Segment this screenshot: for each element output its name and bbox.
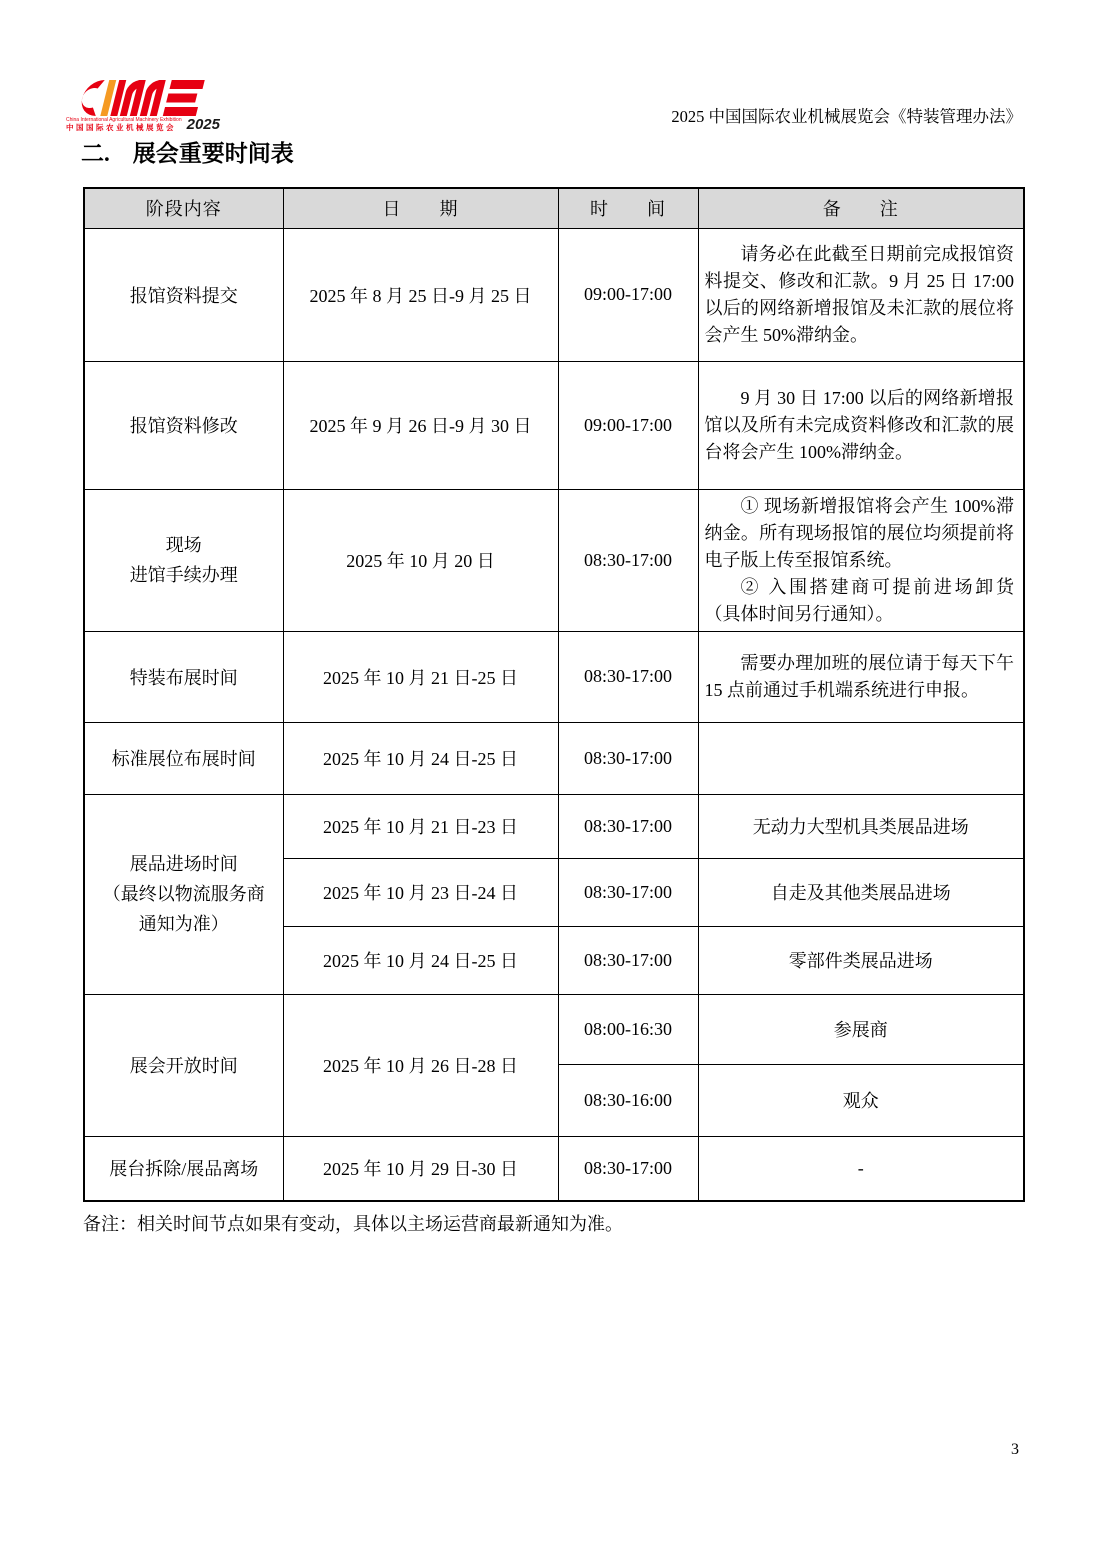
cell-date: 2025 年 10 月 24 日-25 日 — [283, 722, 558, 794]
doc-title: 2025 中国国际农业机械展览会《特装管理办法》 — [671, 103, 1022, 127]
cell-date: 2025 年 10 月 26 日-28 日 — [283, 994, 558, 1136]
cell-time: 08:30-17:00 — [558, 631, 698, 722]
cell-note: 观众 — [698, 1064, 1024, 1136]
table-row: 标准展位布展时间 2025 年 10 月 24 日-25 日 08:30-17:… — [84, 722, 1024, 794]
logo-year: 2025 — [187, 118, 220, 132]
cell-time: 08:30-17:00 — [558, 1136, 698, 1201]
cell-note: ① 现场新增报馆将会产生 100%滞纳金。所有现场报馆的展位均须提前将电子版上传… — [698, 489, 1024, 631]
cell-date: 2025 年 10 月 24 日-25 日 — [283, 926, 558, 994]
table-row: 展会开放时间 2025 年 10 月 26 日-28 日 08:00-16:30… — [84, 994, 1024, 1064]
section-title: 二. 展会重要时间表 — [81, 135, 294, 168]
cell-stage: 现场 进馆手续办理 — [84, 489, 283, 631]
cell-note: 需要办理加班的展位请于每天下午 15 点前通过手机端系统进行申报。 — [698, 631, 1024, 722]
header-stage: 阶段内容 — [84, 188, 283, 228]
cell-time: 09:00-17:00 — [558, 361, 698, 489]
note-paragraph: 请务必在此截至日期前完成报馆资料提交、修改和汇款。9 月 25 日 17:00 … — [705, 241, 1015, 349]
cell-note: 零部件类展品进场 — [698, 926, 1024, 994]
footnote: 备注：相关时间节点如果有变动，具体以主场运营商最新通知为准。 — [83, 1210, 623, 1236]
note-paragraph: 9 月 30 日 17:00 以后的网络新增报馆以及所有未完成资料修改和汇款的展… — [705, 385, 1015, 466]
header-time: 时 间 — [558, 188, 698, 228]
cell-stage: 报馆资料提交 — [84, 228, 283, 361]
table-row: 报馆资料修改 2025 年 9 月 26 日-9 月 30 日 09:00-17… — [84, 361, 1024, 489]
cell-note: 9 月 30 日 17:00 以后的网络新增报馆以及所有未完成资料修改和汇款的展… — [698, 361, 1024, 489]
cell-stage: 标准展位布展时间 — [84, 722, 283, 794]
table-row: 特装布展时间 2025 年 10 月 21 日-25 日 08:30-17:00… — [84, 631, 1024, 722]
note-paragraph: ① 现场新增报馆将会产生 100%滞纳金。所有现场报馆的展位均须提前将电子版上传… — [705, 493, 1015, 574]
header-note: 备 注 — [698, 188, 1024, 228]
cell-time: 09:00-17:00 — [558, 228, 698, 361]
table-row: 现场 进馆手续办理 2025 年 10 月 20 日 08:30-17:00 ①… — [84, 489, 1024, 631]
table-row: 展台拆除/展品离场 2025 年 10 月 29 日-30 日 08:30-17… — [84, 1136, 1024, 1201]
cell-date: 2025 年 10 月 29 日-30 日 — [283, 1136, 558, 1201]
schedule-table: 阶段内容 日 期 时 间 备 注 报馆资料提交 2025 年 8 月 25 日-… — [83, 187, 1025, 1202]
cell-note: 参展商 — [698, 994, 1024, 1064]
cell-date: 2025 年 10 月 23 日-24 日 — [283, 858, 558, 926]
cell-stage: 报馆资料修改 — [84, 361, 283, 489]
cell-date: 2025 年 10 月 20 日 — [283, 489, 558, 631]
cell-stage: 展品进场时间 （最终以物流服务商 通知为准） — [84, 794, 283, 994]
cell-note — [698, 722, 1024, 794]
cell-note: 无动力大型机具类展品进场 — [698, 794, 1024, 858]
cell-time: 08:30-17:00 — [558, 489, 698, 631]
page-number: 3 — [1011, 1441, 1019, 1459]
cell-date: 2025 年 10 月 21 日-23 日 — [283, 794, 558, 858]
table-header-row: 阶段内容 日 期 时 间 备 注 — [84, 188, 1024, 228]
document-page: { "colors": { "brand_red": "#e60012", "b… — [0, 0, 1102, 1559]
cell-note: 自走及其他类展品进场 — [698, 858, 1024, 926]
cell-note: - — [698, 1136, 1024, 1201]
cell-stage: 特装布展时间 — [84, 631, 283, 722]
table-row: 报馆资料提交 2025 年 8 月 25 日-9 月 25 日 09:00-17… — [84, 228, 1024, 361]
cell-time: 08:00-16:30 — [558, 994, 698, 1064]
cell-time: 08:30-17:00 — [558, 926, 698, 994]
note-paragraph: 需要办理加班的展位请于每天下午 15 点前通过手机端系统进行申报。 — [705, 650, 1015, 704]
note-paragraph: ② 入围搭建商可提前进场卸货（具体时间另行通知）。 — [705, 574, 1015, 628]
header-date: 日 期 — [283, 188, 558, 228]
cell-date: 2025 年 9 月 26 日-9 月 30 日 — [283, 361, 558, 489]
cell-date: 2025 年 10 月 21 日-25 日 — [283, 631, 558, 722]
came-logo-icon — [66, 74, 216, 120]
table-row: 展品进场时间 （最终以物流服务商 通知为准） 2025 年 10 月 21 日-… — [84, 794, 1024, 858]
logo-tagline-cn: 中国国际农业机械展览会 — [66, 124, 182, 132]
cell-date: 2025 年 8 月 25 日-9 月 25 日 — [283, 228, 558, 361]
cell-stage: 展会开放时间 — [84, 994, 283, 1136]
cell-time: 08:30-17:00 — [558, 794, 698, 858]
cell-time: 08:30-17:00 — [558, 858, 698, 926]
came-logo: China International Agricultural Machine… — [66, 74, 226, 132]
cell-stage: 展台拆除/展品离场 — [84, 1136, 283, 1201]
cell-note: 请务必在此截至日期前完成报馆资料提交、修改和汇款。9 月 25 日 17:00 … — [698, 228, 1024, 361]
cell-time: 08:30-17:00 — [558, 722, 698, 794]
cell-time: 08:30-16:00 — [558, 1064, 698, 1136]
